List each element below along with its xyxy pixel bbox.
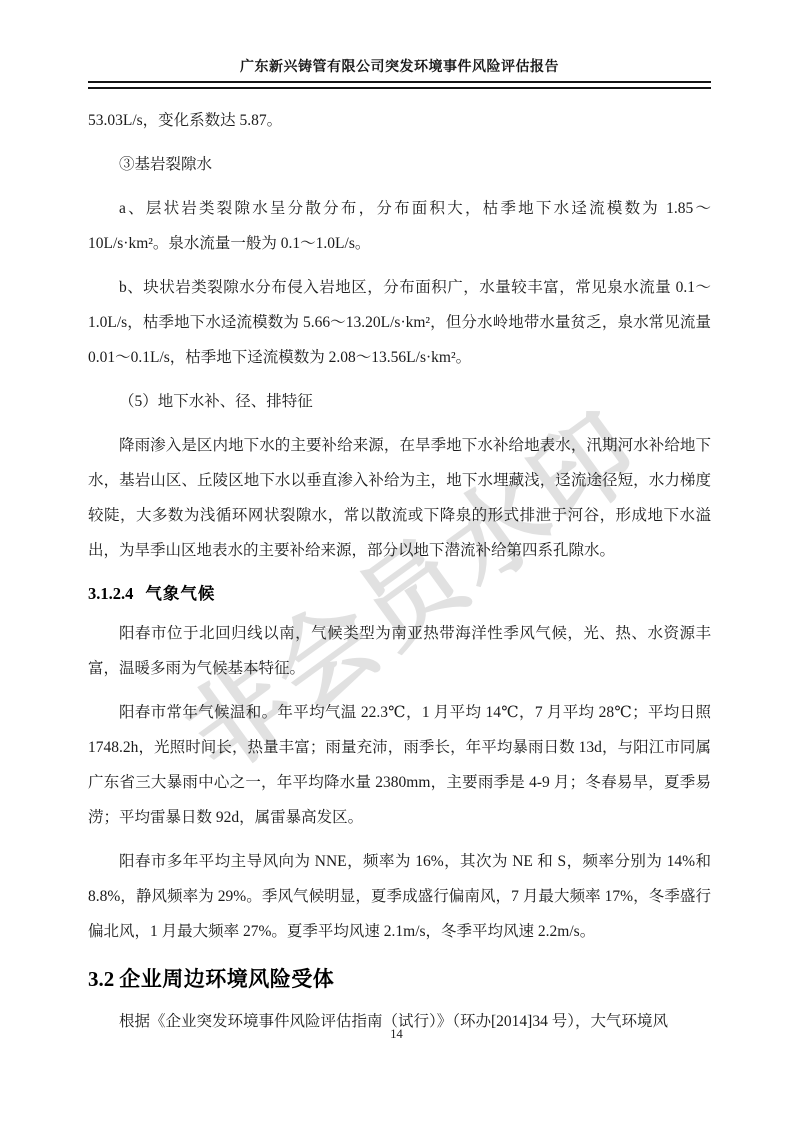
heading-meteorology: 3.1.2.4气象气候 <box>88 581 711 607</box>
document-body: 53.03L/s，变化系数达 5.87。 ③基岩裂隙水 a、层状岩类裂隙水呈分散… <box>88 103 711 1039</box>
heading-risk-receptors-number: 3.2 <box>88 967 114 991</box>
page-number: 14 <box>0 1027 793 1042</box>
header-double-rule <box>88 81 711 89</box>
document-page: 非会员水印 广东新兴铸管有限公司突发环境事件风险评估报告 53.03L/s，变化… <box>0 0 793 1122</box>
para-bedrock-fissure-water-title: ③基岩裂隙水 <box>88 147 711 182</box>
para-layered-rock-fissure-water: a、层状岩类裂隙水呈分散分布，分布面积大，枯季地下水迳流模数为 1.85～10L… <box>88 191 711 261</box>
header-title: 广东新兴铸管有限公司突发环境事件风险评估报告 <box>88 0 711 76</box>
heading-risk-receptors-label: 企业周边环境风险受体 <box>119 968 334 991</box>
para-climate-overview: 阳春市位于北回归线以南，气候类型为南亚热带海洋性季风气候，光、热、水资源丰富，温… <box>88 616 711 686</box>
para-climate-statistics: 阳春市常年气候温和。年平均气温 22.3℃，1 月平均 14℃，7 月平均 28… <box>88 695 711 835</box>
para-massive-rock-fissure-water: b、块状岩类裂隙水分布侵入岩地区，分布面积广，水量较丰富，常见泉水流量 0.1～… <box>88 270 711 375</box>
para-wind-statistics: 阳春市多年平均主导风向为 NNE，频率为 16%，其次为 NE 和 S，频率分别… <box>88 844 711 949</box>
para-groundwater-recharge-title: （5）地下水补、径、排特征 <box>88 384 711 419</box>
para-variation-coefficient: 53.03L/s，变化系数达 5.87。 <box>88 103 711 138</box>
heading-meteorology-label: 气象气候 <box>145 585 215 603</box>
heading-risk-receptors: 3.2企业周边环境风险受体 <box>88 964 711 995</box>
heading-meteorology-number: 3.1.2.4 <box>88 584 133 603</box>
para-groundwater-recharge-detail: 降雨渗入是区内地下水的主要补给来源，在旱季地下水补给地表水，汛期河水补给地下水，… <box>88 428 711 568</box>
